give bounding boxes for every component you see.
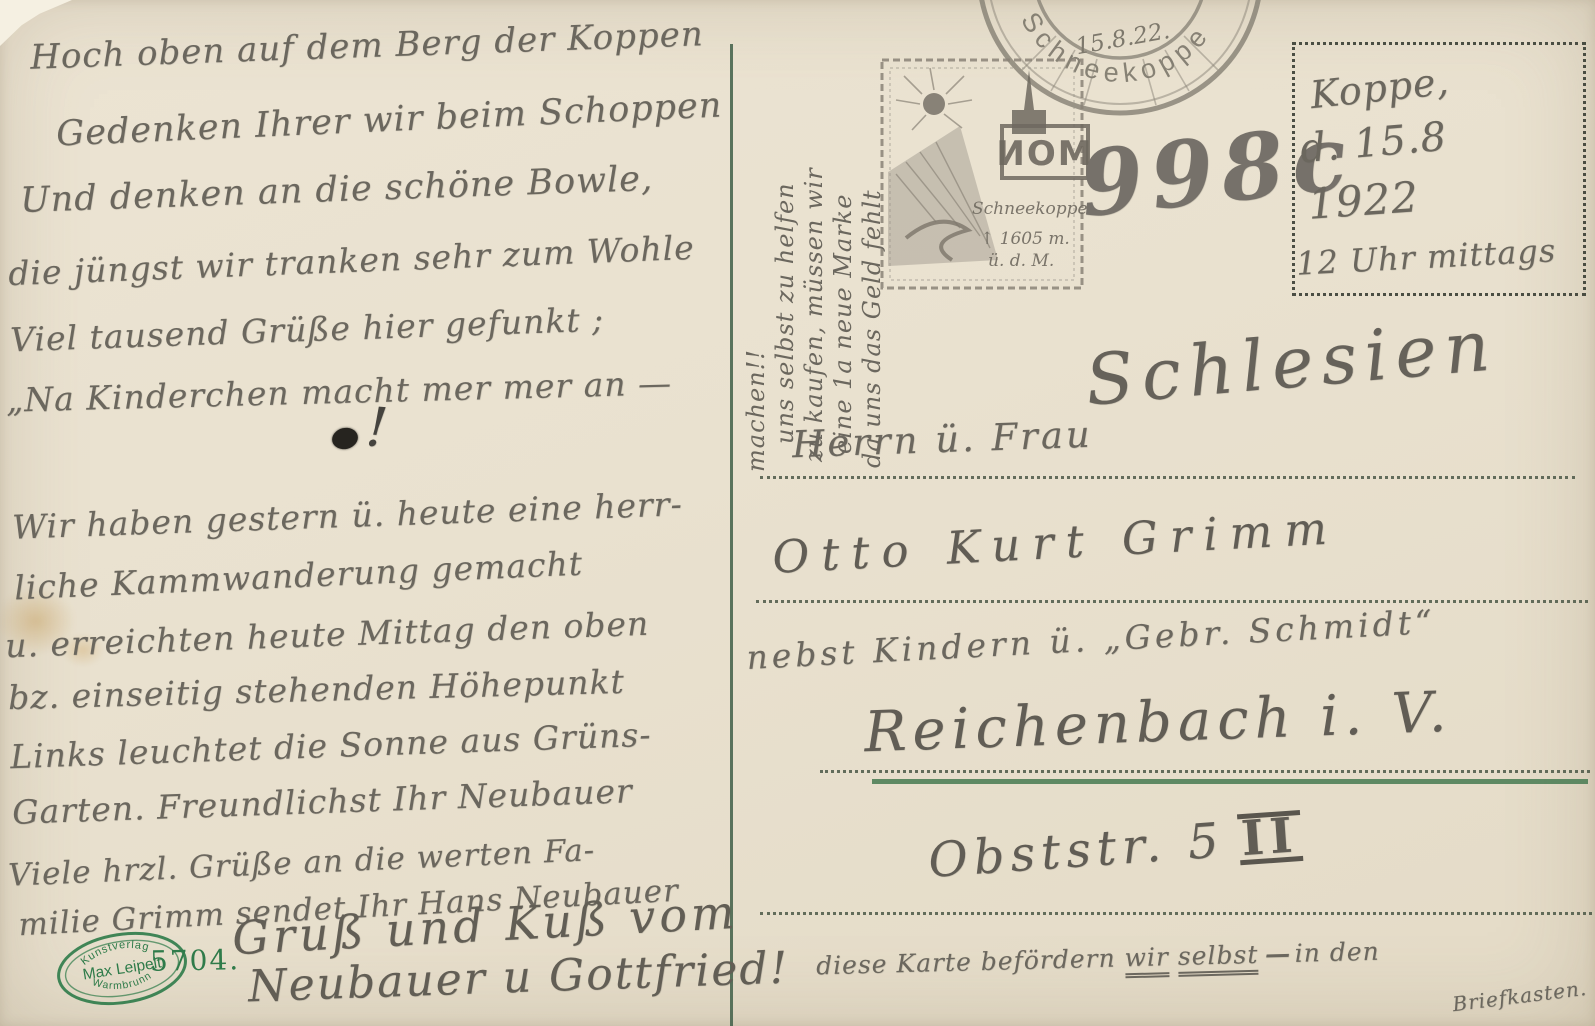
hand-drawn-stamp: ИОМ Schneekoppe ↑ 1605 m. ü. d. M. [876, 52, 1100, 300]
center-divider-line [730, 44, 733, 1026]
address-additional: nebst Kindern ü. „Gebr. Schmidt“ [745, 602, 1436, 677]
address-dotted-line-3 [820, 770, 1590, 773]
postcard-back: Hoch oben auf dem Berg der Koppen Gedenk… [0, 0, 1595, 1026]
delivery-note-underlined-wir: wir [1124, 942, 1169, 978]
message-line: Viel tausend Grüße hier gefunkt ; [10, 300, 605, 360]
ink-dot [330, 425, 360, 452]
message-line: „Na Kinderchen macht mer mer an — [6, 363, 673, 419]
vertical-margin-note: machen!! uns selbst zu helfen zu kaufen,… [742, 6, 887, 472]
message-line: die jüngst wir tranken sehr zum Wohle [8, 228, 696, 293]
address-street: Obststr. 5II [927, 807, 1304, 889]
message-line: Garten. Freundlichst Ihr Neubauer [12, 771, 634, 832]
message-line: bz. einseitig stehenden Höhepunkt [8, 662, 626, 717]
message-line: Wir haben gestern ü. heute eine herr- [12, 484, 684, 546]
publisher-number: 5704. [150, 943, 241, 978]
datebox-year: 1922 [1306, 172, 1420, 229]
message-line: Gedenken Ihrer wir beim Schoppen [55, 85, 723, 154]
address-name: Otto Kurt Grimm [771, 501, 1340, 584]
message-line: Und denken an die schöne Bowle, [19, 159, 653, 221]
address-floor-roman-numeral: II [1237, 810, 1303, 865]
vertical-note-line: eine 1a neue Marke [829, 6, 858, 454]
delivery-note-text-after: in den [1294, 937, 1380, 968]
message-line: liche Kammwanderung gemacht [13, 544, 583, 608]
vertical-note-line: machen!! [742, 6, 771, 472]
delivery-note-underlined-selbst: selbst [1177, 940, 1258, 977]
delivery-note-line2: Briefkasten. [1451, 976, 1588, 1016]
address-salutation: Herrn ü. Frau [791, 413, 1093, 466]
message-line: u. erreichten heute Mittag den oben [5, 604, 650, 665]
message-line: Links leuchtet die Sonne aus Grüns- [10, 715, 653, 776]
vertical-note-line: uns selbst zu helfen [771, 6, 800, 444]
stamp-text-altitude: ↑ 1605 m. [980, 229, 1070, 249]
delivery-note-text: diese Karte befördern [816, 943, 1125, 980]
stamp-text-abbrev: ü. d. M. [988, 251, 1054, 271]
stamp-text-place: Schneekoppe [972, 199, 1088, 219]
delivery-note: diese Karte befördern wir selbst — in de… [816, 937, 1380, 981]
exclamation-mark: ! [364, 395, 391, 459]
address-dotted-line-2 [756, 600, 1588, 603]
delivery-note-dash: — [1258, 939, 1295, 969]
address-dotted-line-4 [760, 912, 1592, 915]
address-city: Reichenbach i. V. [863, 680, 1453, 765]
address-street-text: Obststr. 5 [927, 812, 1227, 889]
sun-drawing [896, 68, 972, 130]
message-line: Hoch oben auf dem Berg der Koppen [30, 14, 705, 77]
region-note: Schlesien [1082, 304, 1500, 422]
vertical-note-line: zu kaufen, müssen wir [800, 6, 829, 462]
address-green-rule [872, 779, 1588, 784]
address-dotted-line-1 [760, 476, 1575, 479]
